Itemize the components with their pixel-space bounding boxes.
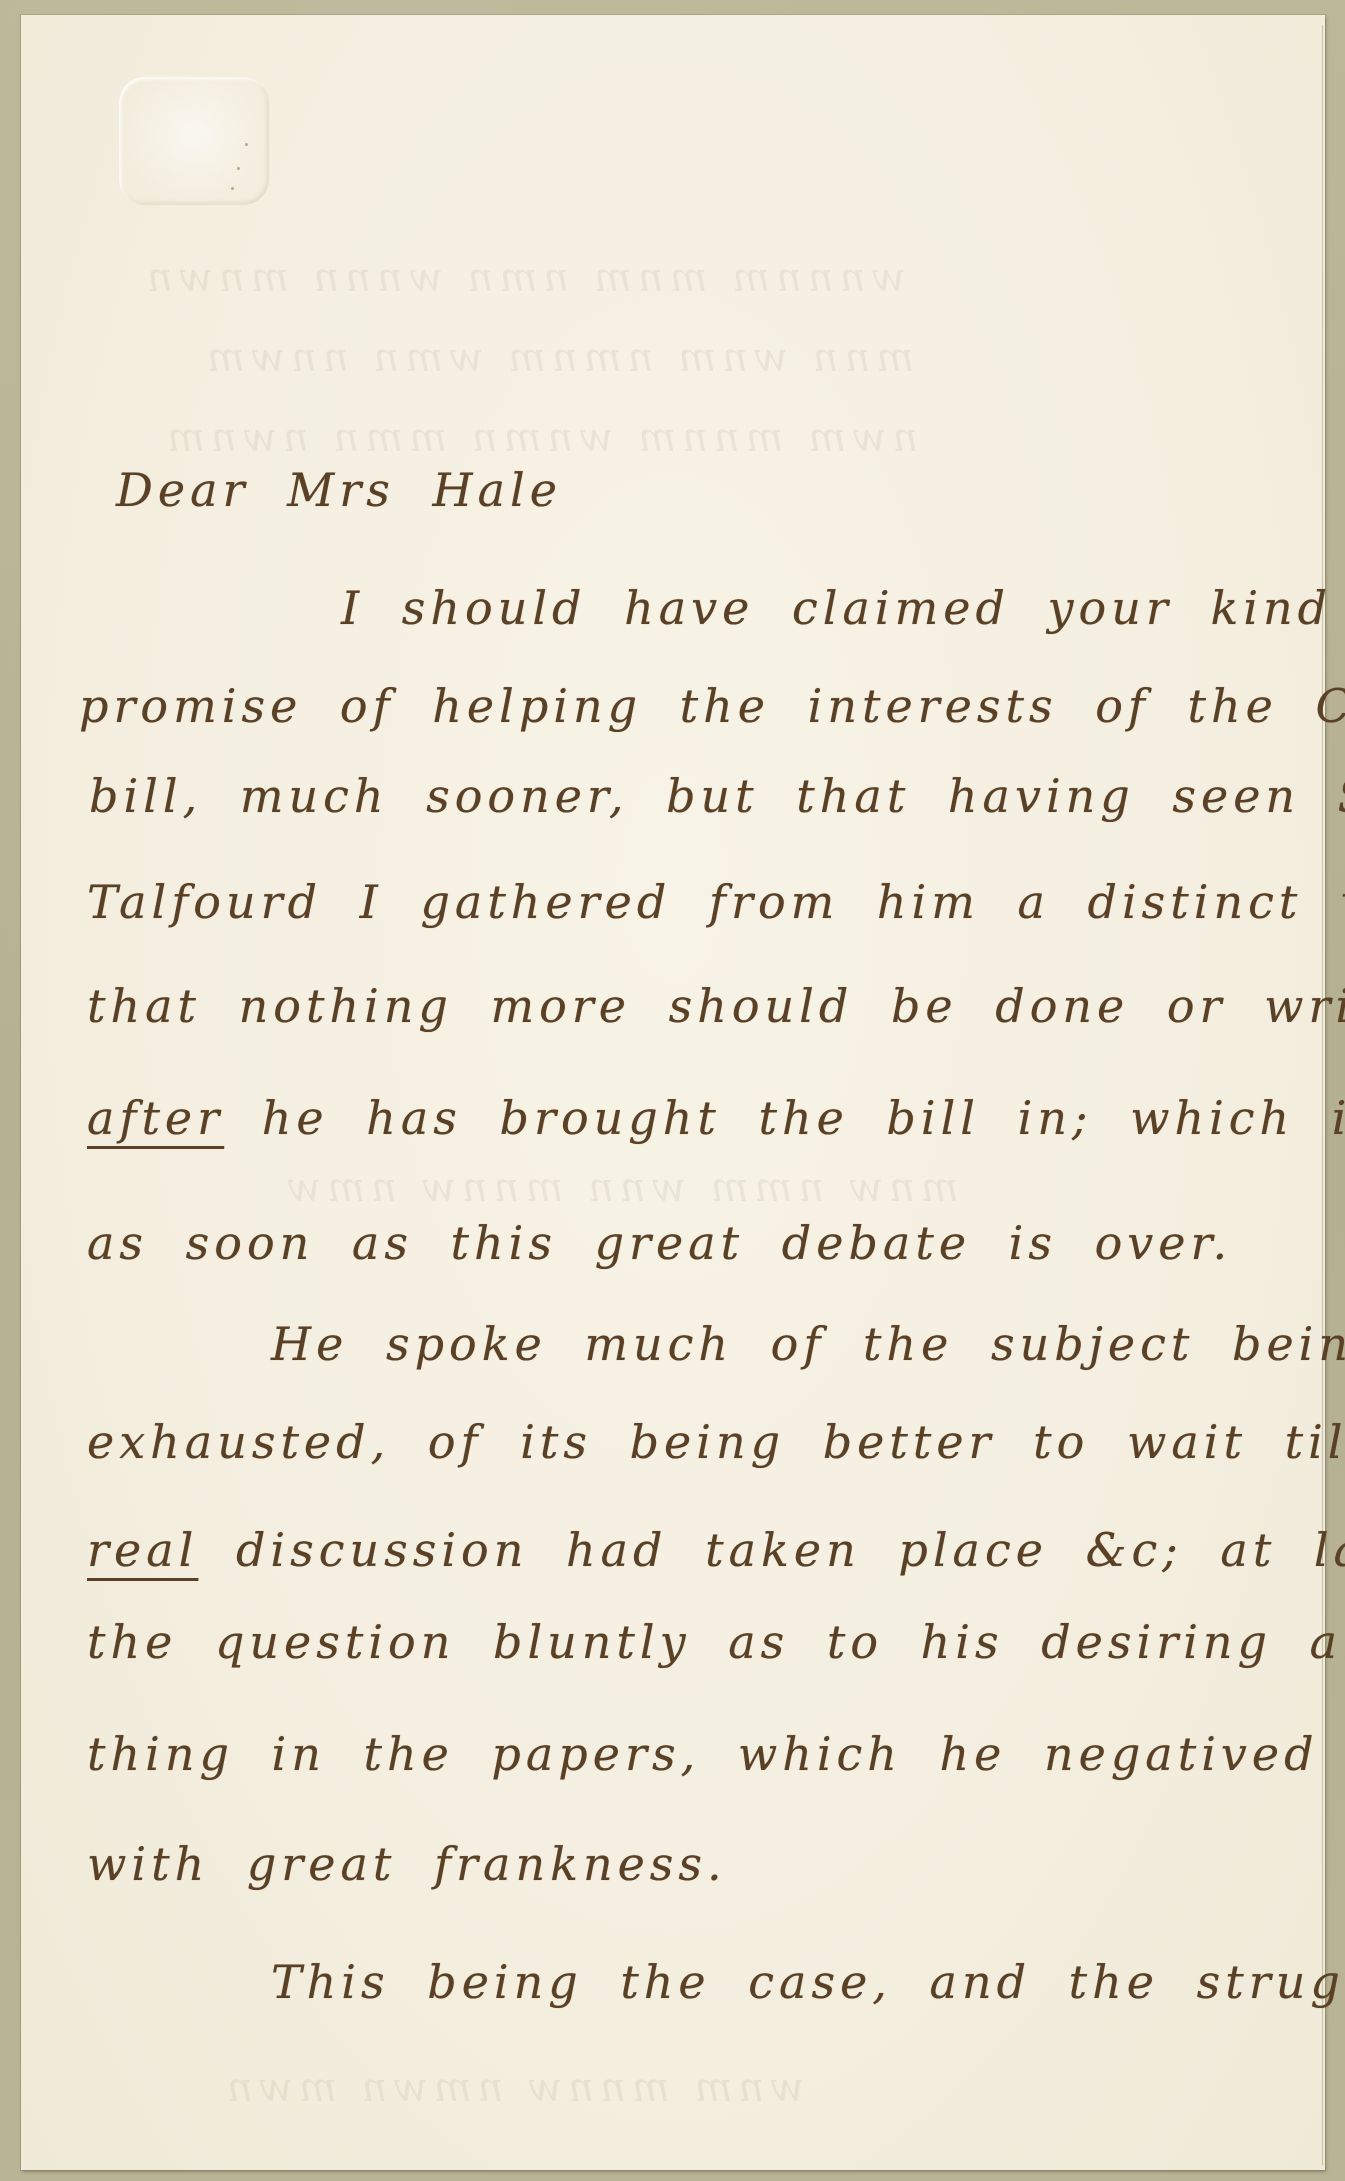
letter-line: I should have claimed your kind bbox=[341, 585, 1332, 631]
letter-line: after he has brought the bill in; which … bbox=[87, 1095, 1345, 1141]
letter-line: Talfourd I gathered from him a distinct … bbox=[87, 879, 1345, 925]
line-remainder: he has brought the bill in; which is to … bbox=[224, 1091, 1345, 1145]
show-through-text: wnm mnnw nmwn mwn bbox=[221, 2065, 804, 2111]
letter-line: the question bluntly as to his desiring … bbox=[87, 1619, 1345, 1665]
letter-line: He spoke much of the subject being bbox=[271, 1321, 1345, 1367]
show-through-text: mnn wnm nmnm wmn nnwm bbox=[201, 335, 914, 381]
foxing-spot bbox=[237, 167, 240, 170]
letter-line: This being the case, and the struggle bbox=[271, 1959, 1345, 2005]
line-remainder: discussion had taken place &c; at last I… bbox=[198, 1523, 1345, 1577]
foxing-spot bbox=[231, 187, 234, 190]
show-through-text: wnnnm mnm nmn wnnn mnwn bbox=[141, 255, 906, 301]
foxing-spot bbox=[245, 143, 248, 146]
letter-line: as soon as this great debate is over. bbox=[87, 1220, 1232, 1266]
letter-line: bill, much sooner, but that having seen … bbox=[89, 773, 1345, 819]
letter-page: wnnnm mnm nmn wnnn mnwn mnn wnm nmnm wmn… bbox=[21, 15, 1325, 2170]
salutation: Dear Mrs Hale bbox=[116, 467, 562, 513]
letter-line: that nothing more should be done or writ… bbox=[87, 983, 1345, 1029]
show-through-text: mnw nmm wnn mnnw nmw bbox=[281, 1165, 959, 1211]
letter-line: exhausted, of its being better to wait t… bbox=[87, 1419, 1345, 1465]
letter-line: with great frankness. bbox=[87, 1841, 727, 1887]
show-through-text: nwm mnnm wnmn mmn nwnm bbox=[161, 415, 918, 461]
underlined-word: after bbox=[87, 1091, 224, 1145]
letter-line: promise of helping the interests of the … bbox=[79, 683, 1345, 729]
underlined-word: real bbox=[87, 1523, 198, 1577]
letter-line: real discussion had taken place &c; at l… bbox=[87, 1527, 1345, 1573]
letter-line: thing in the papers, which he negatived bbox=[87, 1731, 1319, 1777]
embossed-stamp-icon bbox=[119, 77, 269, 205]
